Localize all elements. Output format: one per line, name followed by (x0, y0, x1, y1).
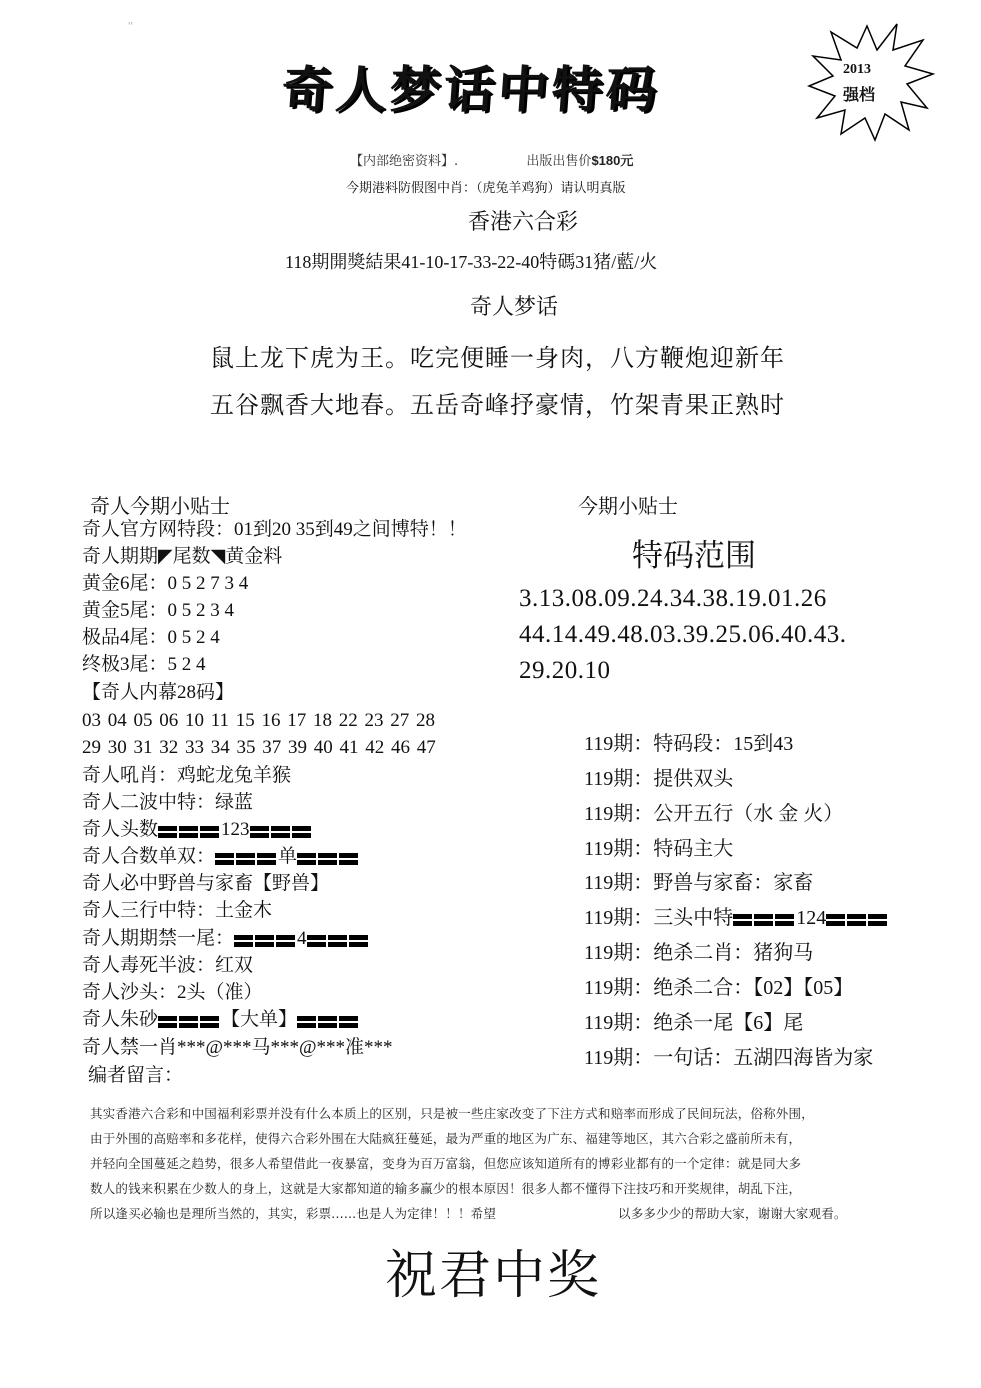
tail-row: 终极3尾：5 2 4 (82, 651, 206, 678)
anti-fake-notice: 今期港料防假图中肖：（虎兔羊鸡狗）请认明真版 (346, 177, 626, 196)
price-label: 出版出售价 (526, 154, 591, 169)
editor-paragraph-line: 数人的钱来积累在少数人的身上，这就是大家都知道的输多赢少的根本原因！很多人都不懂… (90, 1179, 801, 1197)
bars-icon (158, 817, 221, 844)
internal-info: 【内部绝密资料】. (350, 154, 458, 169)
corner-marks: '' (128, 22, 133, 32)
tail-heading: 奇人期期◤尾数◥黄金料 (82, 543, 282, 570)
tip-prefix: 奇人期期禁一尾： (82, 928, 234, 949)
tip-value: 单 (278, 846, 297, 867)
tip-item-bars: 奇人合数单双：单 (82, 843, 360, 871)
blessing: 祝君中奖 (385, 1233, 601, 1308)
bars-icon (297, 1007, 360, 1034)
poem-line: 鼠上龙下虎为王。吃完便睡一身肉，八方鞭炮迎新年 (210, 338, 785, 373)
year-badge: 2013 强档 (805, 22, 935, 147)
editor-paragraph-line: 由于外围的高赔率和多花样，使得六合彩外围在大陆疯狂蔓延，最为严重的地区为广东、福… (90, 1129, 801, 1147)
tail-row: 黄金6尾：0 5 2 7 3 4 (82, 570, 248, 597)
tip-item: 奇人毒死半波：红双 (82, 952, 253, 979)
tip-value: 4 (297, 928, 307, 949)
range-row: 3.13.08.09.24.34.38.19.01.26 (519, 585, 827, 613)
period-item: 119期：野兽与家畜：家畜 (584, 866, 813, 895)
tail-row: 极品4尾：0 5 2 4 (82, 624, 220, 651)
poem-line: 五谷飘香大地春。五岳奇峰抒豪情，竹架青果正熟时 (210, 385, 785, 420)
internal-info-line: 【内部绝密资料】. 出版出售价$180元 (350, 150, 633, 169)
bars-icon (297, 844, 360, 871)
bars-icon (826, 908, 889, 931)
tip-item-bars: 奇人头数123 (82, 816, 313, 844)
tip-item: 奇人三行中特：土金木 (82, 897, 272, 924)
left-tips-title: 奇人今期小贴士 (90, 490, 230, 519)
tip-item: 奇人吼肖：鸡蛇龙兔羊猴 (82, 762, 291, 789)
bars-icon (250, 817, 313, 844)
tail-row: 黄金5尾：0 5 2 3 4 (82, 597, 234, 624)
tip-prefix: 奇人头数 (82, 819, 158, 840)
period-item: 119期：特码段：15到43 (584, 727, 793, 756)
lottery-name: 香港六合彩 (468, 205, 578, 236)
tip-item: 奇人禁一肖***@***马***@***准*** (82, 1034, 393, 1061)
official-range: 奇人官方网特段：01到20 35到49之间博特！！ (82, 516, 467, 543)
editor-paragraph-line: 并轻向全国蔓延之趋势，很多人希望借此一夜暴富，变身为百万富翁，但您应该知道所有的… (90, 1154, 801, 1172)
period-item: 119期：公开五行（水 金 火） (584, 797, 843, 826)
inner28-heading: 【奇人内幕28码】 (82, 679, 234, 706)
tip-item-bars: 奇人朱砂【大单】 (82, 1006, 360, 1034)
range-title: 特码范围 (632, 530, 756, 575)
range-row: 29.20.10 (519, 657, 611, 685)
period-item: 119期：提供双头 (584, 762, 733, 791)
bars-icon (158, 1007, 221, 1034)
badge-label: 强档 (843, 82, 875, 105)
bars-icon (215, 844, 278, 871)
period-item: 119期：一句话：五湖四海皆为家 (584, 1041, 873, 1070)
period-item: 119期：绝杀二肖：猪狗马 (584, 936, 813, 965)
bars-icon (733, 908, 796, 931)
period-item-bars: 119期：三头中特124 (584, 901, 889, 931)
editor-paragraph-line: 所以逢买必输也是理所当然的，其实，彩票......也是人为定律！！！希望 (90, 1204, 496, 1222)
bars-icon (234, 926, 297, 953)
inner28-row: 03 04 05 06 10 11 15 16 17 18 22 23 27 2… (82, 707, 435, 734)
editor-paragraph-line: 以多多少少的帮助大家，谢谢大家观看。 (618, 1204, 847, 1222)
badge-year: 2013 (843, 62, 871, 78)
editor-label: 编者留言： (88, 1060, 183, 1087)
period-item: 119期：绝杀一尾【6】尾 (584, 1006, 803, 1035)
page-title: 奇人梦话中特码 (279, 50, 662, 122)
tip-value: 123 (221, 819, 250, 840)
period-item: 119期：绝杀二合：【02】【05】 (584, 971, 853, 1000)
tip-item: 奇人二波中特：绿蓝 (82, 789, 253, 816)
tip-item: 奇人必中野兽与家畜【野兽】 (82, 870, 329, 897)
tip-prefix: 奇人朱砂 (82, 1009, 158, 1030)
right-tips-title: 今期小贴士 (578, 490, 678, 519)
draw-result: 118期開獎結果41-10-17-33-22-40特碼31猪/藍/火 (285, 248, 657, 274)
price-value: $180元 (591, 153, 633, 168)
tip-value: 【大单】 (221, 1009, 297, 1030)
tip-item: 奇人沙头：2头（准） (82, 979, 263, 1006)
tip-item-bars: 奇人期期禁一尾：4 (82, 925, 370, 953)
inner28-row: 29 30 31 32 33 34 35 37 39 40 41 42 46 4… (82, 734, 436, 761)
period-item: 119期：特码主大 (584, 832, 733, 861)
tip-prefix: 奇人合数单双： (82, 846, 215, 867)
dream-title: 奇人梦话 (470, 290, 558, 321)
bars-icon (307, 926, 370, 953)
range-row: 44.14.49.48.03.39.25.06.40.43. (519, 621, 847, 649)
editor-paragraph-line: 其实香港六合彩和中国福利彩票并没有什么本质上的区别，只是被一些庄家改变了下注方式… (90, 1104, 814, 1122)
